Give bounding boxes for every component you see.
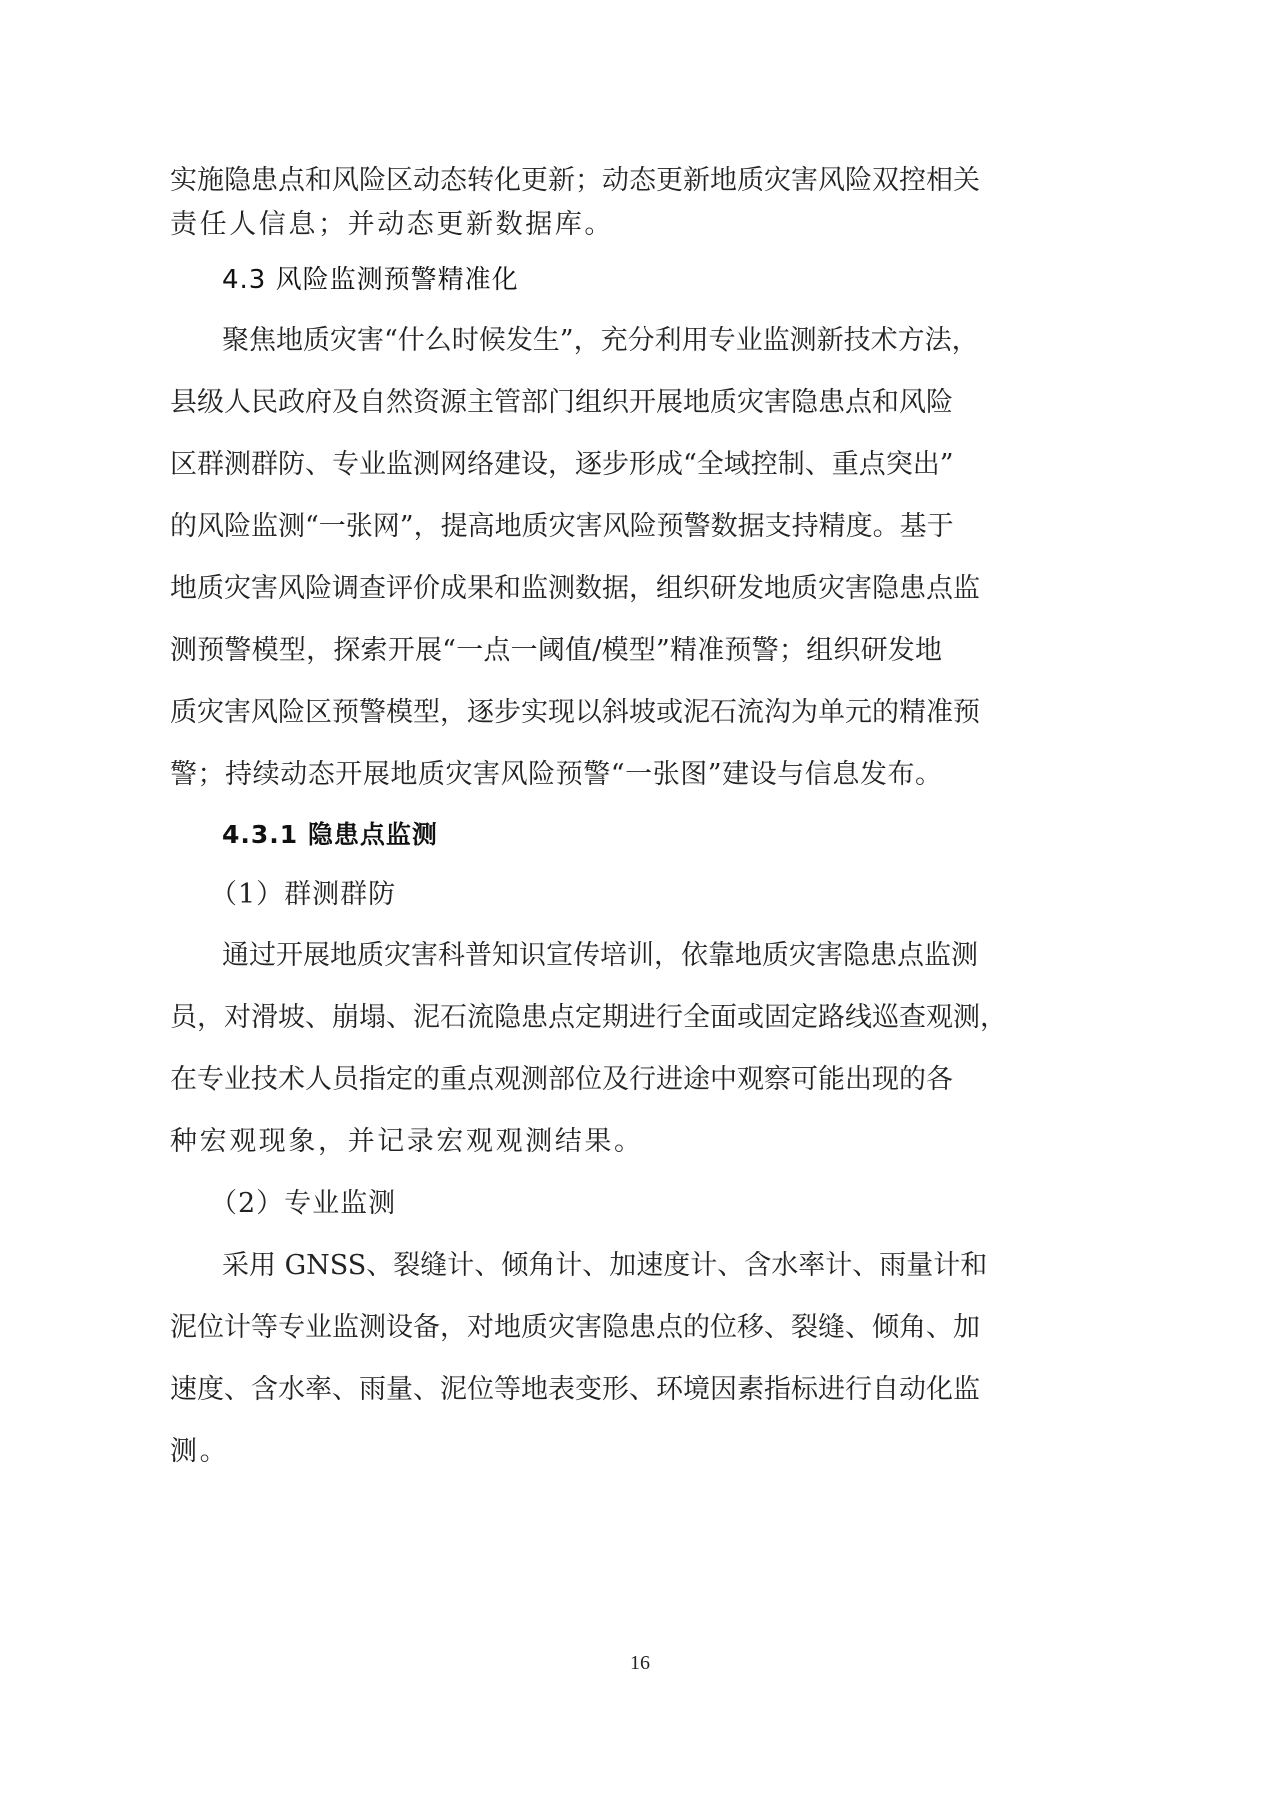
paragraph-line: 地质灾害风险调查评价成果和监测数据，组织研发地质灾害隐患点监 xyxy=(170,571,942,607)
paragraph-line: 通过开展地质灾害科普知识宣传培训，依靠地质灾害隐患点监测 xyxy=(222,938,942,974)
paragraph-line: 县级人民政府及自然资源主管部门组织开展地质灾害隐患点和风险 xyxy=(170,385,942,421)
paragraph-line: 测预警模型，探索开展“一点一阈值/模型”精准预警；组织研发地 xyxy=(170,633,942,669)
subheading-professional-monitoring: （2）专业监测 xyxy=(210,1186,930,1222)
paragraph-line: 采用 GNSS、裂缝计、倾角计、加速度计、含水率计、雨量计和 xyxy=(222,1248,942,1284)
section-heading-4-3-1: 4.3.1 隐患点监测 xyxy=(222,817,942,853)
subheading-crowd-monitoring: （1）群测群防 xyxy=(210,877,930,913)
paragraph-line: 区群测群防、专业监测网络建设，逐步形成“全域控制、重点突出” xyxy=(170,447,942,483)
paragraph-line: 聚焦地质灾害“什么时候发生”，充分利用专业监测新技术方法， xyxy=(222,323,942,359)
paragraph-line: 种宏观现象，并记录宏观观测结果。 xyxy=(170,1124,942,1160)
paragraph-line: 实施隐患点和风险区动态转化更新；动态更新地质灾害风险双控相关 xyxy=(170,163,942,199)
section-heading-4-3: 4.3 风险监测预警精准化 xyxy=(222,262,942,298)
paragraph-line: 员，对滑坡、崩塌、泥石流隐患点定期进行全面或固定路线巡查观测， xyxy=(170,1000,942,1036)
paragraph-line: 速度、含水率、雨量、泥位等地表变形、环境因素指标进行自动化监 xyxy=(170,1372,942,1408)
paragraph-line: 责任人信息；并动态更新数据库。 xyxy=(170,207,942,243)
page-number: 16 xyxy=(0,1652,1280,1675)
paragraph-line: 在专业技术人员指定的重点观测部位及行进途中观察可能出现的各 xyxy=(170,1062,942,1098)
document-page: 实施隐患点和风险区动态转化更新；动态更新地质灾害风险双控相关 责任人信息；并动态… xyxy=(0,0,1280,1810)
paragraph-line: 的风险监测“一张网”，提高地质灾害风险预警数据支持精度。基于 xyxy=(170,509,942,545)
paragraph-line: 测。 xyxy=(170,1434,942,1470)
paragraph-line: 警；持续动态开展地质灾害风险预警“一张图”建设与信息发布。 xyxy=(170,757,942,793)
paragraph-line: 泥位计等专业监测设备，对地质灾害隐患点的位移、裂缝、倾角、加 xyxy=(170,1310,942,1346)
paragraph-line: 质灾害风险区预警模型，逐步实现以斜坡或泥石流沟为单元的精准预 xyxy=(170,695,942,731)
